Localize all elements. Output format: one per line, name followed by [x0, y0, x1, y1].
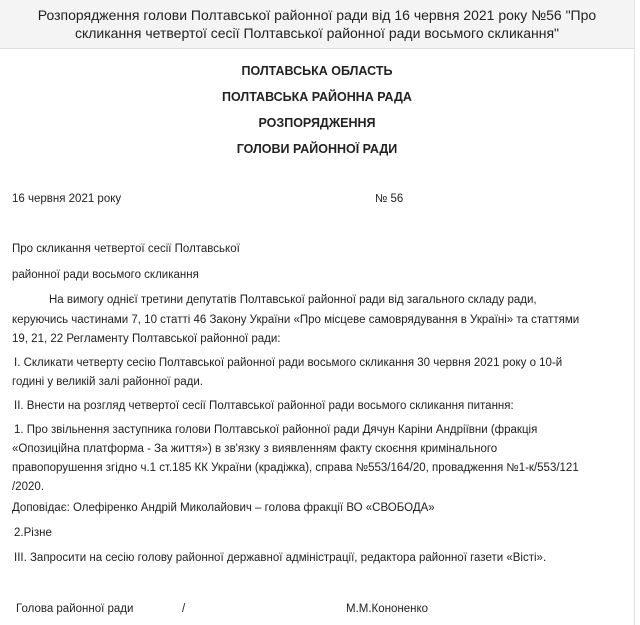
subitem-2: 2.Різне [14, 527, 52, 539]
heading-council: ПОЛТАВСЬКА РАЙОННА РАДА [0, 90, 634, 104]
item-2: II. Внести на розгляд четвертої сесії По… [14, 400, 514, 412]
signature-name: М.М.Кононенко [346, 603, 428, 615]
order-date: 16 червня 2021 року [12, 193, 121, 205]
document-page: Розпорядження голови Полтавської районно… [0, 0, 635, 625]
preamble-line-2: керуючись частинами 7, 10 статті 46 Зако… [12, 314, 579, 326]
document-title-line-1: Розпорядження голови Полтавської районно… [0, 6, 634, 24]
subitem-1-line-4: /2020. [12, 481, 44, 493]
item-1-line-1: I. Скликати четверту сесію Полтавської р… [14, 357, 562, 369]
heading-region: ПОЛТАВСЬКА ОБЛАСТЬ [0, 64, 634, 78]
subitem-1-line-2: «Опозиційна платформа - За життя») в зв'… [12, 443, 497, 455]
document-title-bar: Розпорядження голови Полтавської районно… [0, 0, 634, 49]
subject-line-2: районної ради восьмого скликання [12, 269, 199, 281]
item-1-line-2: годині у великій залі районної ради. [12, 376, 203, 388]
heading-order: РОЗПОРЯДЖЕННЯ [0, 116, 634, 130]
signature-title: Голова районної ради [16, 603, 133, 615]
signature-slash: / [182, 603, 185, 615]
subitem-1-line-3: правопорушення згідно ч.1 ст.185 КК Укра… [12, 462, 579, 474]
preamble-line-1: На вимогу однієї третини депутатів Полта… [49, 294, 537, 306]
document-title-line-2: скликання четвертої сесії Полтавської ра… [0, 24, 634, 42]
item-3: III. Запросити на сесію голову районної … [14, 552, 546, 564]
order-number: № 56 [375, 193, 403, 205]
heading-head: ГОЛОВИ РАЙОННОЇ РАДИ [0, 142, 634, 156]
reporter-line: Доповідає: Олефіренко Андрій Миколайович… [12, 502, 435, 514]
subject-line-1: Про скликання четвертої сесії Полтавсько… [12, 243, 240, 255]
subitem-1-line-1: 1. Про звільнення заступника голови Полт… [14, 424, 537, 436]
preamble-line-3: 19, 21, 22 Регламенту Полтавської районн… [12, 333, 281, 345]
